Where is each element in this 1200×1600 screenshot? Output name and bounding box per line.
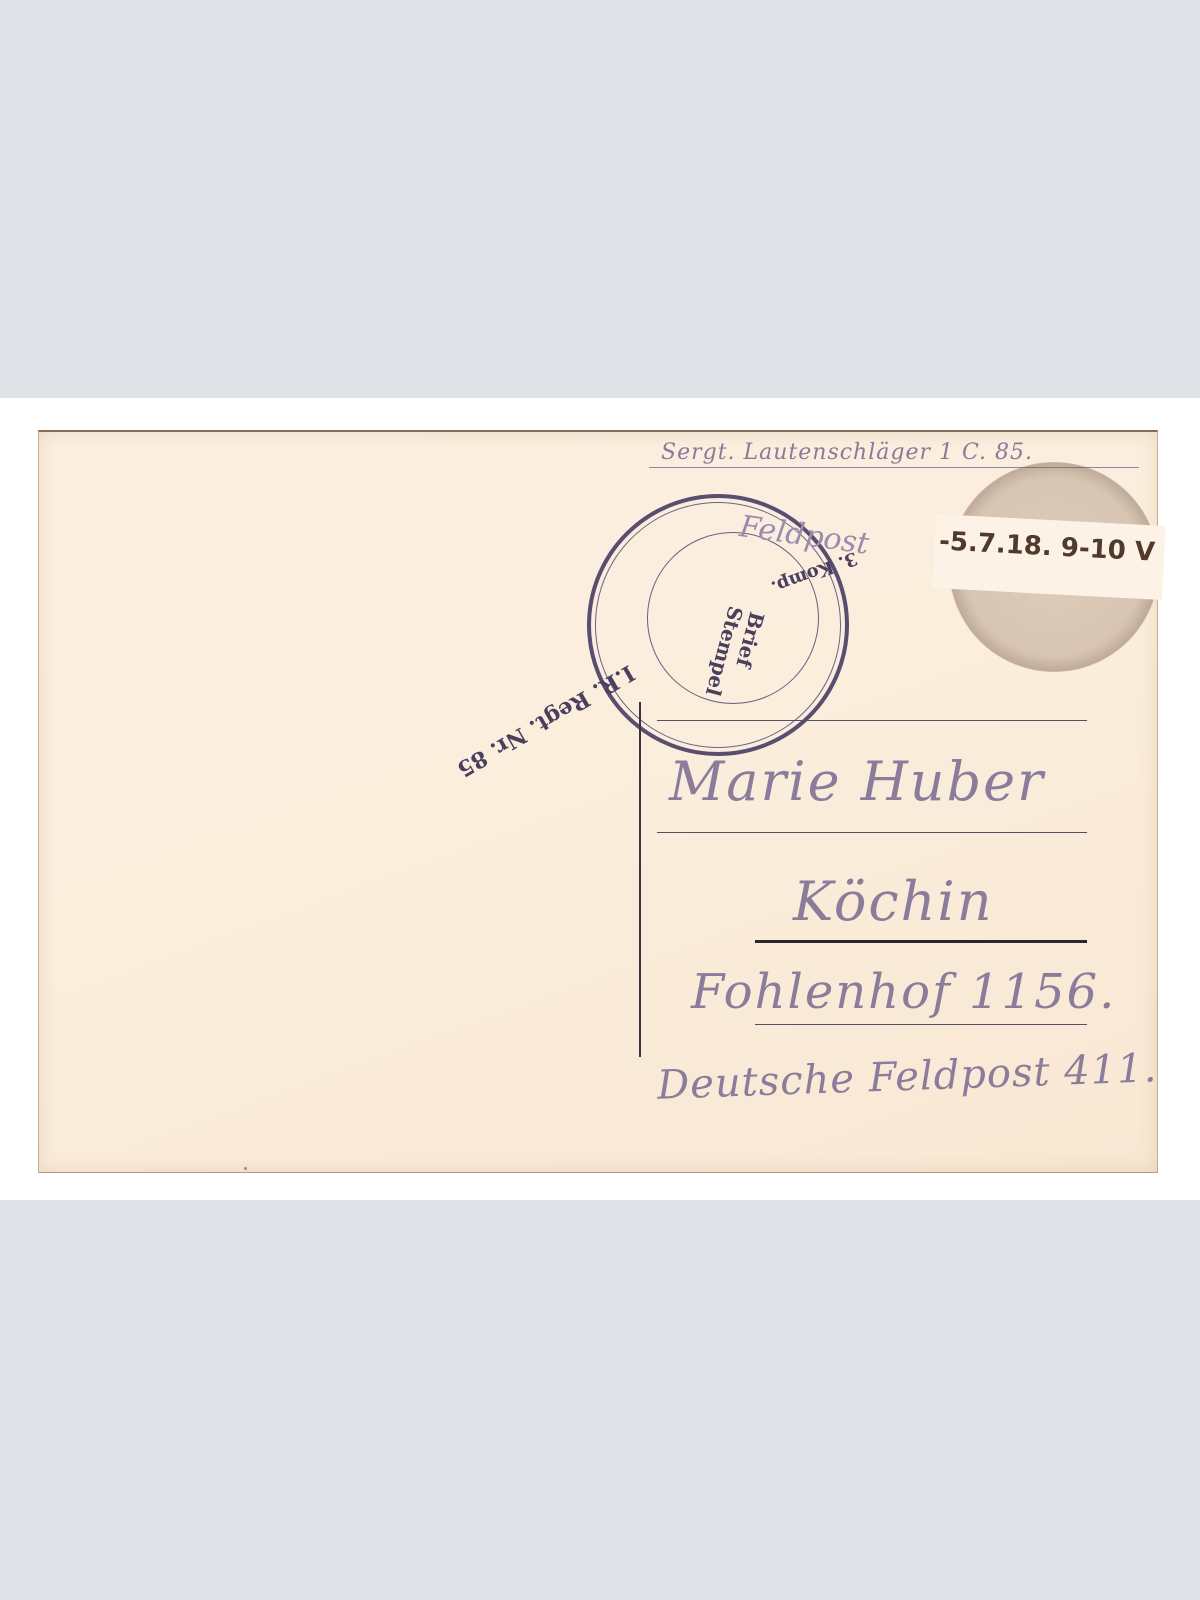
address-rule-3: [755, 1024, 1087, 1025]
address-rule-1: [657, 832, 1087, 833]
recipient-feldpost: Deutsche Feldpost 411.: [656, 1045, 1158, 1108]
address-divider: [639, 702, 641, 1057]
postcard-back: Sergt. Lautenschläger 1 C. 85. Liebe Mar…: [38, 430, 1158, 1173]
recipient-name: Marie Huber: [669, 750, 1045, 813]
scan-speck: [244, 1167, 247, 1170]
sender-line: Sergt. Lautenschläger 1 C. 85.: [661, 440, 1033, 465]
letter-body: Liebe Marie!Besten Dank für Deinen l. Br…: [49, 432, 609, 1172]
address-rule-2: [755, 940, 1087, 943]
address-rule-0: [657, 720, 1087, 721]
recipient-title: Köchin: [793, 870, 993, 933]
recipient-street: Fohlenhof 1156.: [691, 964, 1116, 1020]
